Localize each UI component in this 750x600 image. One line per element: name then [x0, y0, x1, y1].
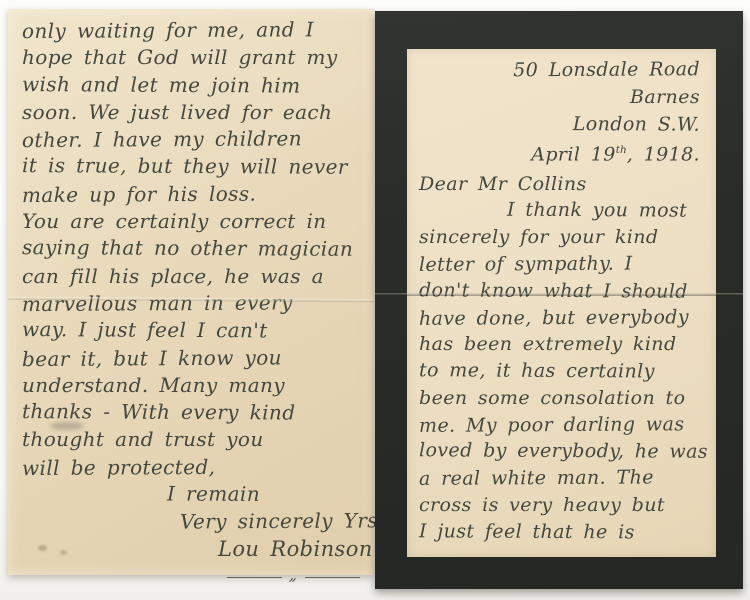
date-year: , 1918.: [627, 144, 700, 166]
handwriting-line: other. I have my children: [22, 125, 370, 154]
valediction-line: Very sincerely Yrs: [180, 508, 370, 536]
handwriting-line: soon. We just lived for each: [22, 99, 370, 126]
salutation: Dear Mr Collins: [419, 171, 706, 198]
address-line: London S.W.: [419, 110, 700, 138]
handwriting-line: have done, but everybody: [419, 304, 706, 333]
handwriting-line: to me, it has certainly: [419, 357, 706, 385]
handwriting-line: letter of sympathy. I: [419, 250, 706, 279]
flourish-mark: „: [280, 566, 308, 584]
handwriting-line: only waiting for me, and I: [22, 16, 370, 45]
handwriting-line: loved by everybody, he was: [419, 438, 706, 466]
left-page-text: only waiting for me, and I hope that God…: [8, 9, 374, 587]
handwriting-line: been some consolation to: [419, 385, 706, 412]
handwriting-line: bear it, but I know you: [22, 343, 370, 372]
handwriting-line: has been extremely kind: [419, 331, 706, 358]
handwriting-line: it is true, but they will never: [22, 153, 370, 182]
date-line: April 19th, 1918.: [419, 137, 700, 168]
handwriting-line: don't know what I should: [419, 277, 706, 305]
handwriting-line: thanks - With every kind: [22, 398, 370, 427]
left-page: only waiting for me, and I hope that God…: [8, 9, 374, 575]
closing-line: I remain: [167, 481, 370, 509]
date-ordinal: th: [616, 144, 627, 156]
handwriting-line: understand. Many many: [22, 372, 370, 399]
address-line: 50 Lonsdale Road: [419, 56, 700, 85]
handwriting-line: I just feel that he is: [419, 518, 706, 546]
handwriting-line: will be protected,: [22, 453, 370, 482]
handwriting-line: thought and trust you: [22, 426, 370, 453]
handwriting-line: I thank you most: [419, 197, 706, 225]
address-block: 50 Lonsdale Road Barnes London S.W. Apri…: [419, 57, 706, 169]
handwriting-line: me. My poor darling was: [419, 411, 706, 440]
right-page-mourning-border: 50 Lonsdale Road Barnes London S.W. Apri…: [375, 11, 743, 589]
handwriting-line: make up for his loss.: [22, 180, 370, 209]
flourish-rule: [227, 577, 282, 578]
handwriting-line: You are certainly correct in: [22, 208, 370, 235]
signature-flourish: „: [227, 569, 360, 587]
handwriting-line: can fill his place, he was a: [22, 263, 370, 290]
letter-scan: only waiting for me, and I hope that God…: [0, 0, 750, 600]
date-day: April 19: [531, 144, 616, 166]
handwriting-line: hope that God will grant my: [22, 44, 370, 71]
handwriting-line: marvellous man in every: [22, 289, 370, 318]
handwriting-line: way. I just feel I can't: [22, 316, 370, 345]
handwriting-line: cross is very heavy but: [419, 492, 706, 519]
handwriting-line: a real white man. The: [419, 464, 706, 493]
handwriting-line: sincerely for your kind: [419, 224, 706, 251]
address-line: Barnes: [419, 84, 700, 111]
signature: Lou Robinson: [218, 536, 370, 563]
flourish-rule: [305, 577, 360, 578]
handwriting-line: wish and let me join him: [22, 71, 370, 100]
right-page-panel: 50 Lonsdale Road Barnes London S.W. Apri…: [407, 49, 716, 557]
handwriting-line: saying that no other magician: [22, 234, 370, 263]
